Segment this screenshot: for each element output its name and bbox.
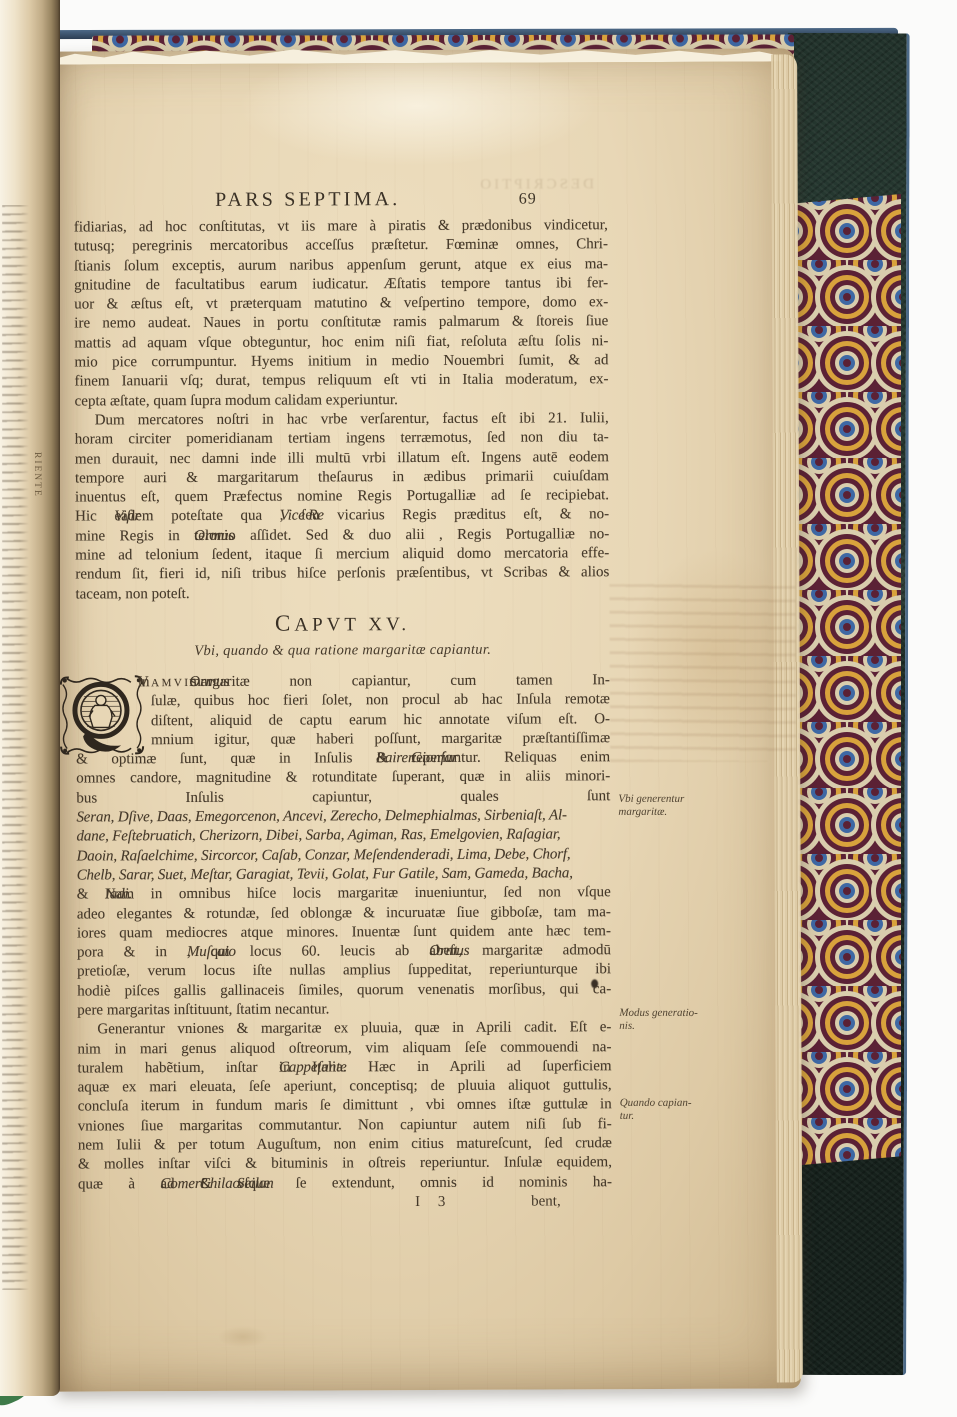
margin-note: Quando capian-tur. — [620, 1097, 722, 1123]
text-line: Hic Viſir eadem poteſtate qua Vice Re, ſ… — [75, 506, 609, 528]
text-line: fidiarias, ad hoc conſtitutas, vt iis ma… — [74, 216, 608, 238]
text-line: mattis ad aquam vſque obteguntur, hoc en… — [74, 332, 608, 354]
text-line: diſtent, aliquid de captu earum hic anno… — [151, 710, 610, 731]
text-line: ire nemo audeat. Naues in portu conſtitu… — [74, 313, 608, 335]
text-line: Generantur vniones & margaritæ ex pluuia… — [77, 1018, 611, 1040]
text-line: mio pice corrumpuntur. Hyems initium in … — [74, 351, 608, 373]
text-line: mnium igitur, quæ haberi poſſunt, margar… — [151, 729, 610, 750]
paragraph: Vamvis in Ormus margaritæ non capiantur,… — [76, 671, 612, 1021]
show-through-text — [609, 583, 796, 762]
text-line: & Iadi. Nam in omnibus hiſce locis marga… — [77, 883, 611, 905]
previous-page-edge: RIENTE — [0, 0, 60, 1396]
text-line: cepta æſtate, quam ſupra modum calidam e… — [75, 390, 609, 412]
text-line: tutusq; peregrinis mercatoribus acceſſus… — [74, 235, 608, 257]
text-line: uor & æſtus eſt, vt præterquam matutino … — [74, 293, 608, 315]
previous-page-fragment: RIENTE — [32, 452, 42, 498]
text-line: aquæ ex mari eleuata, ſeſe aperiunt, con… — [78, 1076, 612, 1098]
text-line: & optimæ ſunt, quæ in Inſulis Bairen & G… — [76, 748, 610, 770]
text-line: quæ à Comeri ad Chilao & Seilan vſque ſe… — [78, 1173, 612, 1195]
page-number: 69 — [519, 191, 537, 209]
text-line: pretioſæ, verum locus iſte nullas ampliu… — [77, 961, 611, 983]
paper-stain — [218, 1326, 268, 1348]
catchword: bent, — [531, 1192, 561, 1211]
book-page: DESCRIPTIO PARS SEPTIMA. 69 fidiarias, a… — [47, 48, 801, 1391]
text-line: men durauit, nec damni inde illi multū v… — [75, 448, 609, 470]
text-line: rendum ſit, fieri id, niſi tribus hiſce … — [75, 564, 609, 586]
text-line: Seran, Dſive, Daas, Emegorcenon, Ancevi,… — [76, 806, 610, 828]
text-line: pere margaritas inſtituunt, ſtatim necan… — [77, 999, 611, 1021]
paragraph: fidiarias, ad hoc conſtitutas, vt iis ma… — [74, 216, 609, 411]
text-line: finem Ianuarii vſq; durat, tempus reliqu… — [74, 371, 608, 393]
text-line: adeo elegantes & rotundæ, ſed oblongæ & … — [77, 903, 611, 925]
text-line: Dum mercatores noſtri in hac vrbe verſar… — [75, 409, 609, 431]
text-line: taceam, non poteſt. — [75, 583, 609, 605]
text-line: omnes candore, magnitudine & rotunditate… — [76, 768, 610, 790]
text-line: pora & in Muſcato, qui locus 60. leucis … — [77, 941, 611, 963]
text-line: vniones ſiue margaritas commutantur. Non… — [78, 1115, 612, 1137]
paragraph: Generantur vniones & margaritæ ex pluuia… — [77, 1018, 612, 1194]
text-line: hodiè piſces gallis gallinaceis ſimiles,… — [77, 980, 611, 1002]
text-line: mine ad telonium ſedent, itaque ſi merci… — [75, 544, 609, 566]
text-line: mine Regis in Ormus telonio aſſidet. Sed… — [75, 525, 609, 547]
signature-mark: I 3 — [415, 1193, 452, 1212]
marbled-endpaper-right — [791, 194, 901, 1166]
photo-background: DESCRIPTIO PARS SEPTIMA. 69 fidiarias, a… — [0, 0, 957, 1417]
text-line: dane, Feſtebruatich, Cherizorn, Dibei, S… — [76, 825, 610, 847]
signature-line: I 3bent, — [78, 1192, 612, 1214]
margin-note: Vbi generenturmargaritæ. — [618, 793, 720, 819]
text-line: turalem habẽtium, inſtar Cappeſante in I… — [77, 1057, 611, 1079]
paragraph: Dum mercatores noſtri in hac vrbe verſar… — [75, 409, 610, 604]
text-line: horam circiter pomeridianam tertiam inge… — [75, 428, 609, 450]
text-line: nim in mari genus aliquod oſtreorum, vim… — [77, 1038, 611, 1060]
text-line: bus Inſulis capiuntur, quales ſunt Latif… — [76, 787, 610, 809]
text-line: & molles inſtar viſci & bituminis in oſt… — [78, 1154, 612, 1176]
text-line: inuentus eſt, quem Præfectus nomine Regi… — [75, 486, 609, 508]
chapter-block: CAPVT XV.Vbi, quando & qua ratione marga… — [76, 609, 610, 663]
text-line: Chelb, Sarar, Suet, Meſtar, Garagiat, Te… — [77, 864, 611, 886]
text-line: concluſa iterum in fundum maris ſe dimit… — [78, 1096, 612, 1118]
text-line: nem Iulii & per totum Auguſtum, non enim… — [78, 1134, 612, 1156]
text-line: tempore auri & margaritarum theſaurus in… — [75, 467, 609, 489]
text-line: Daoin, Raſaelchime, Sircorcor, Caſab, Co… — [77, 845, 611, 867]
woodcut-initial-Q-icon — [59, 674, 145, 756]
text-line: ſulæ, quibus hoc fieri ſolet, non procul… — [151, 690, 610, 711]
chapter-subtitle: Vbi, quando & qua ratione margaritæ capi… — [76, 637, 610, 663]
text-line: Vamvis in Ormus margaritæ non capiantur,… — [138, 671, 610, 692]
text-line: ſtianis ſolum exceptis, aurum naribus ap… — [74, 255, 608, 277]
text-line: iores quam mediocres atque minores. Inue… — [77, 922, 611, 944]
text-block: fidiarias, ad hoc conſtitutas, vt iis ma… — [74, 216, 612, 1214]
chapter-heading: CAPVT XV. — [76, 609, 610, 639]
previous-page-text-blur — [2, 205, 29, 1290]
text-line: gnitudine de facultatibus earum iudicatu… — [74, 274, 608, 296]
margin-note: Modus generatio-nis. — [619, 1007, 721, 1033]
